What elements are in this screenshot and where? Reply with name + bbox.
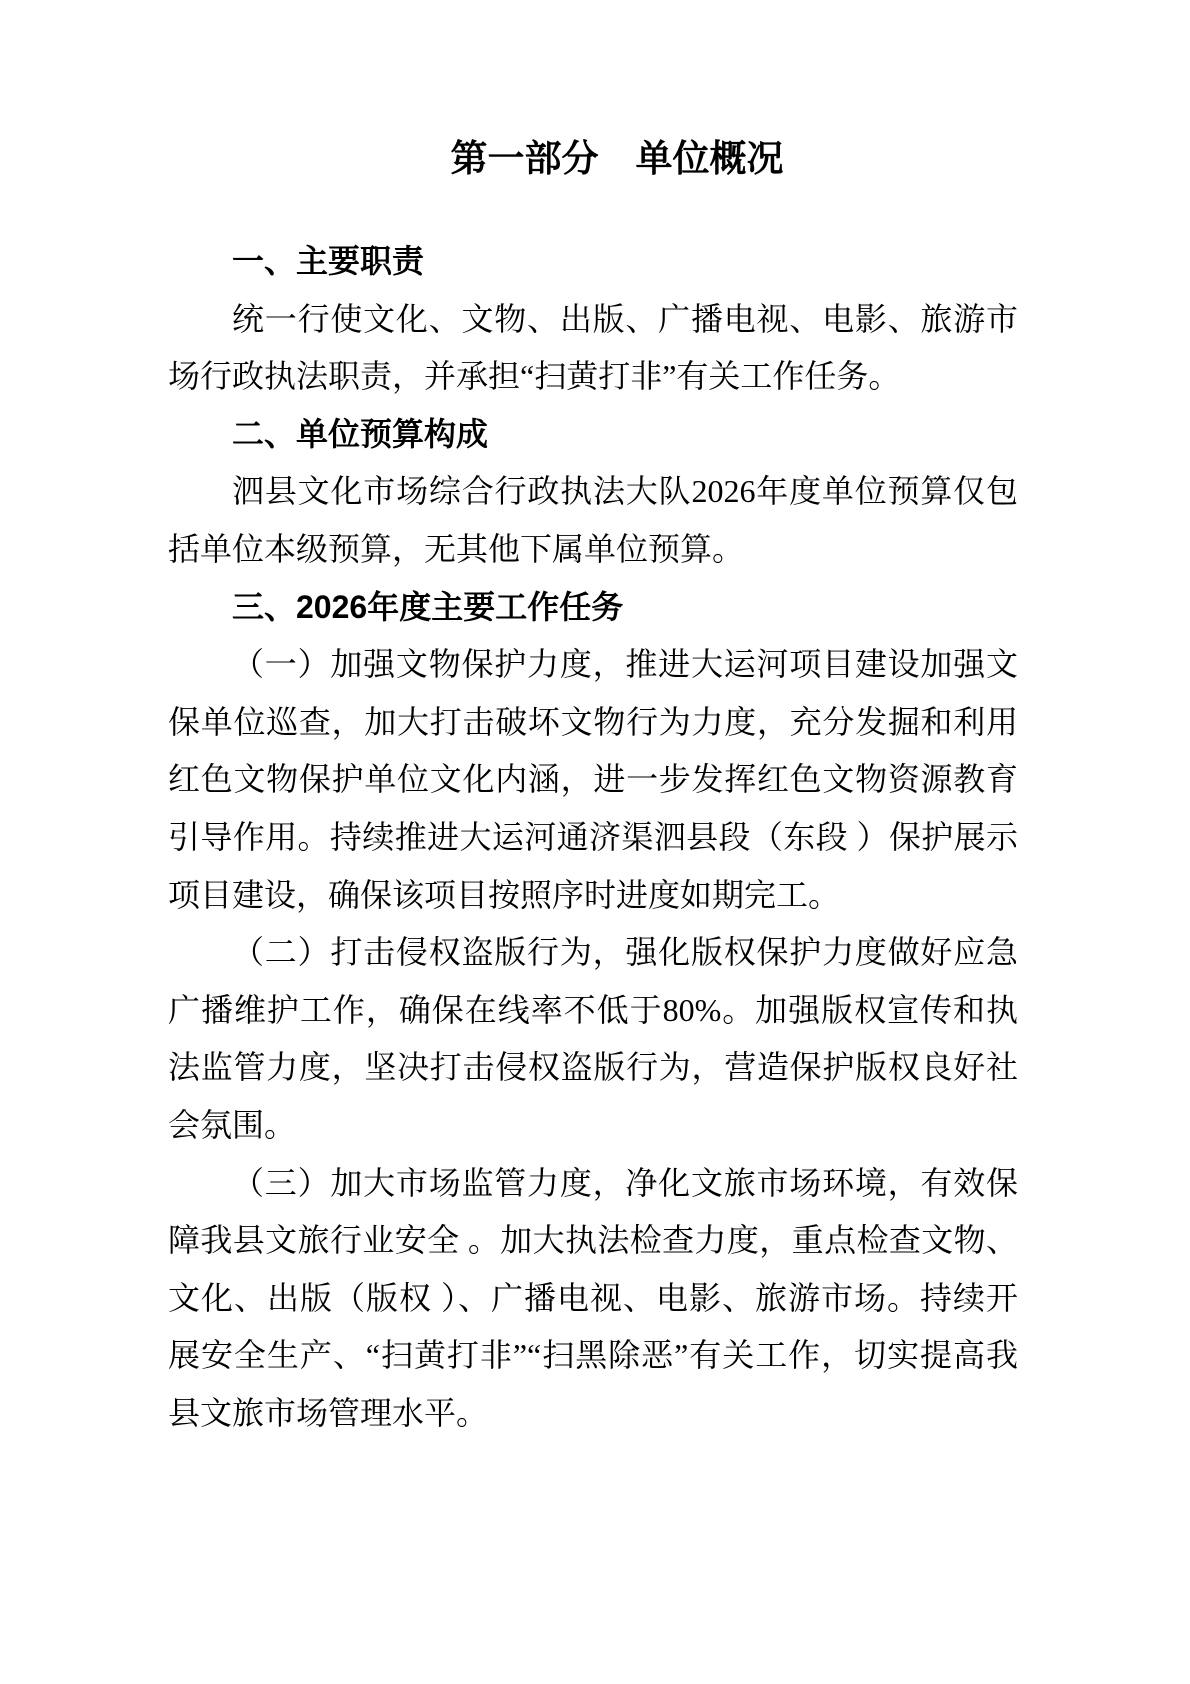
document-page: 第一部分 单位概况 一、主要职责 统一行使文化、文物、出版、广播电视、电影、旅游… bbox=[0, 0, 1190, 1684]
paragraph-budget-composition: 泗县文化市场综合行政执法大队2026年度单位预算仅包括单位本级预算，无其他下属单… bbox=[168, 463, 1018, 578]
document-content: 第一部分 单位概况 一、主要职责 统一行使文化、文物、出版、广播电视、电影、旅游… bbox=[168, 0, 1018, 1442]
paragraph-task-3-market-supervision: （三）加大市场监管力度，净化文旅市场环境，有效保障我县文旅行业安全 。加大执法检… bbox=[168, 1155, 1018, 1443]
paragraph-main-duties: 统一行使文化、文物、出版、广播电视、电影、旅游市场行政执法职责，并承担“扫黄打非… bbox=[168, 291, 1018, 406]
section-heading-budget-composition: 二、单位预算构成 bbox=[168, 406, 1018, 464]
section-heading-main-duties: 一、主要职责 bbox=[168, 233, 1018, 291]
paragraph-task-1-cultural-relics: （一）加强文物保护力度，推进大运河项目建设加强文保单位巡查，加大打击破坏文物行为… bbox=[168, 636, 1018, 924]
section-heading-2026-tasks: 三、2026年度主要工作任务 bbox=[168, 579, 1018, 637]
document-title: 第一部分 单位概况 bbox=[192, 135, 1042, 183]
paragraph-task-2-copyright: （二）打击侵权盗版行为，强化版权保护力度做好应急广播维护工作，确保在线率不低于8… bbox=[168, 924, 1018, 1154]
